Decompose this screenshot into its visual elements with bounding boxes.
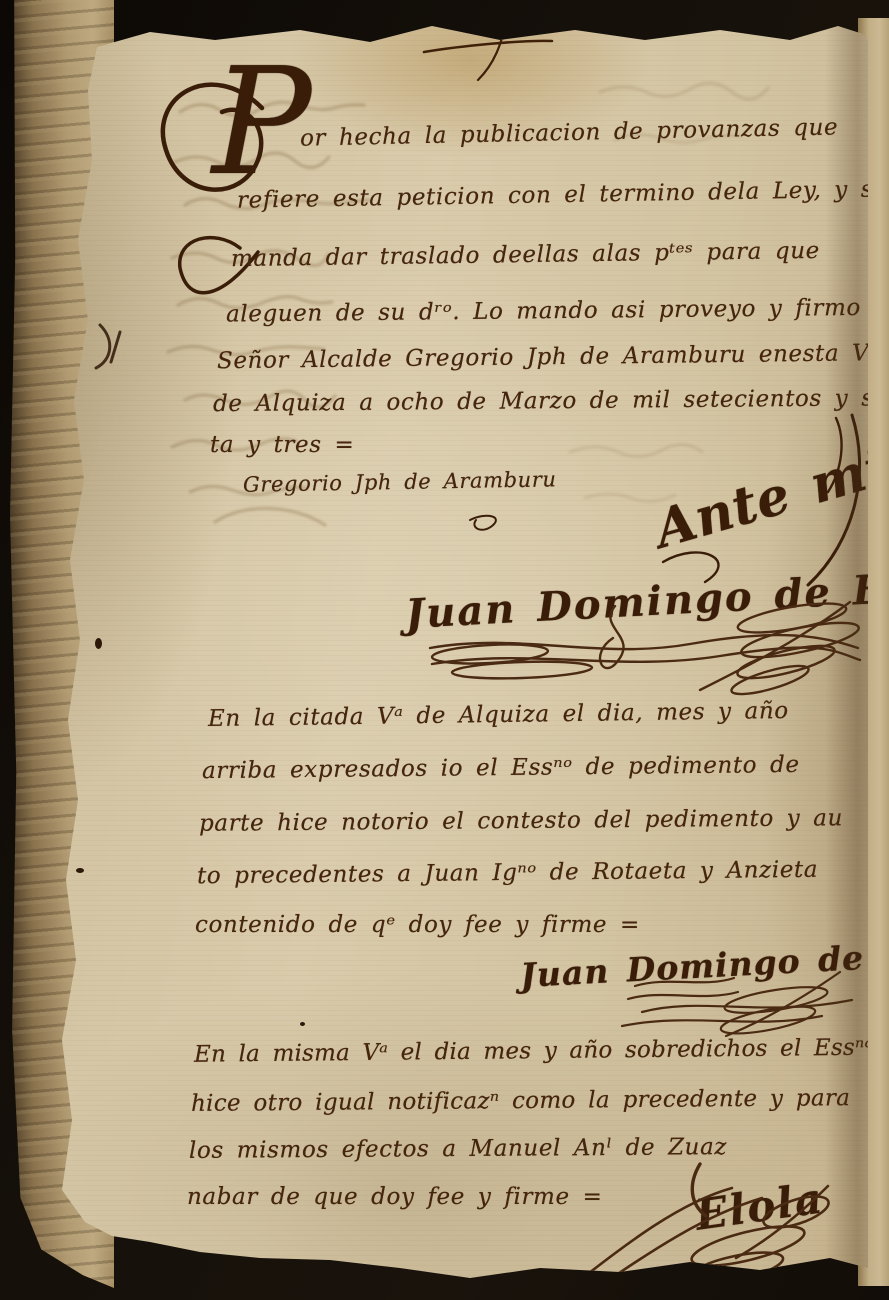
ante-mi-note: Ante mi	[648, 436, 889, 560]
notification2-line: En la misma Vᵃ el dia mes y año sobredic…	[194, 1034, 889, 1067]
notification2-line: hice otro igual notificazⁿ como la prece…	[191, 1085, 850, 1117]
initial-capital-p: P	[212, 48, 312, 196]
decree-line: de Alquiza a ocho de Marzo de mil seteci…	[213, 385, 889, 417]
decree-line: Señor Alcalde Gregorio Jph de Aramburu e…	[217, 340, 889, 374]
notification2-line: los mismos efectos a Manuel Anˡ de Zuaz	[189, 1134, 727, 1164]
notary-signature-2: Juan Domingo de Elola	[519, 932, 889, 995]
ink-speck	[76, 868, 84, 873]
notary-signature-3: Elola	[692, 1173, 827, 1239]
decree-line: ta y tres =	[210, 432, 354, 458]
manuscript-photo: P or hecha la publicacion de provanzas q…	[0, 0, 889, 1300]
notification-line: contenido de qᵉ doy fee y firme =	[195, 912, 640, 938]
alcalde-signature: Gregorio Jph de Aramburu	[243, 467, 557, 496]
notification-line: to precedentes a Juan Igⁿᵒ de Rotaeta y …	[197, 857, 818, 890]
notification-line: arriba expresados io el Essⁿᵒ de pedimen…	[202, 752, 800, 784]
notary-signature: Juan Domingo de Elola	[404, 561, 889, 638]
decree-line: refiere esta peticion con el termino del…	[237, 176, 888, 213]
manuscript-page: P or hecha la publicacion de provanzas q…	[0, 0, 889, 1300]
ink-speck	[300, 1022, 305, 1026]
decree-line: manda dar traslado deellas alas pᵗᵉˢ par…	[231, 238, 820, 272]
decree-line: aleguen de su dʳᵒ. Lo mando asi proveyo …	[226, 294, 889, 327]
notification2-line: nabar de que doy fee y firme =	[187, 1184, 602, 1210]
ink-speck	[95, 638, 102, 649]
notification-line: En la citada Vᵃ de Alquiza el dia, mes y…	[208, 698, 789, 732]
decree-line: or hecha la publicacion de provanzas que	[300, 114, 839, 151]
notification-line: parte hice notorio el contesto del pedim…	[199, 805, 843, 837]
